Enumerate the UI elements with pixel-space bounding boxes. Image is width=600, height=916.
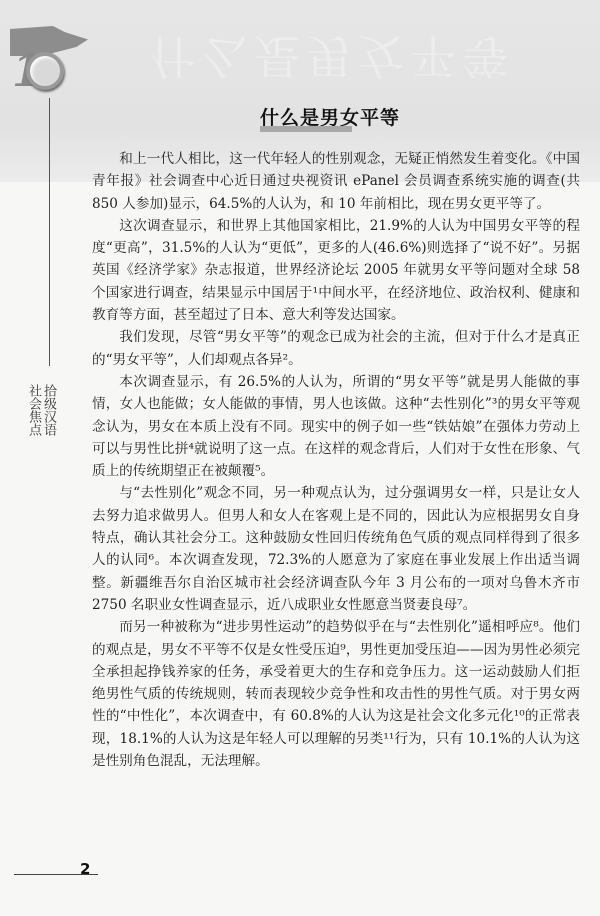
series-title: 社会焦点 — [26, 384, 41, 436]
paragraph: 与“去性别化”观念不同，另一种观点认为，过分强调男女一样，只是让女人去努力追求做… — [92, 482, 580, 616]
page-number: 2 — [80, 860, 90, 878]
chapter-number-ring-icon — [26, 52, 64, 90]
paragraph: 和上一代人相比，这一代年轻人的性别观念，无疑正悄然发生着变化。《中国青年报》社会… — [92, 148, 580, 215]
paragraph: 这次调查显示，和世界上其他国家相比，21.9%的人认为中国男女平等的程度“更高”… — [92, 215, 580, 326]
margin-rule — [49, 98, 50, 366]
footer-rule — [14, 874, 98, 875]
side-running-title: 拾级汉语 社会焦点 — [40, 384, 56, 436]
title-watermark: 什么是男女平等 — [150, 26, 514, 92]
paragraph: 我们发现，尽管“男女平等”的观念已成为社会的主流，但对于什么才是真正的“男女平等… — [92, 326, 580, 371]
title-underline — [260, 126, 352, 132]
paragraph: 而另一种被称为“进步男性运动”的趋势似乎在与“去性别化”遥相呼应⁸。他们的观点是… — [92, 616, 580, 772]
book-title: 拾级汉语 — [41, 384, 56, 436]
article-body: 和上一代人相比，这一代年轻人的性别观念，无疑正悄然发生着变化。《中国青年报》社会… — [92, 148, 580, 772]
paragraph: 本次调查显示，有 26.5%的人认为，所谓的“男女平等”就是男人能做的事情，女人… — [92, 371, 580, 482]
